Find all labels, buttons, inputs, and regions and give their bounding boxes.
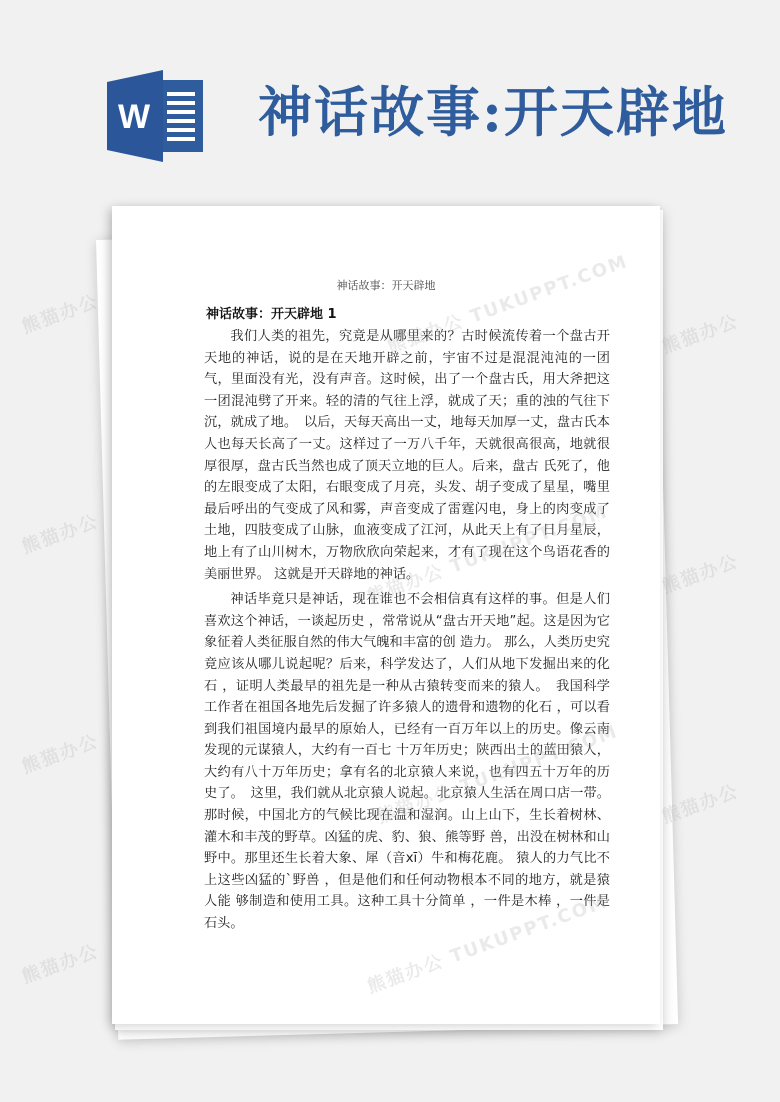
banner-title: 神话故事:开天辟地 xyxy=(258,72,728,152)
watermark: 熊猫办公 xyxy=(18,727,102,779)
running-header: 神话故事：开天辟地 xyxy=(112,277,660,293)
document-heading: 神话故事：开天辟地 1 xyxy=(206,303,337,322)
watermark: 熊猫办公 xyxy=(658,307,742,359)
watermark: 熊猫办公 xyxy=(18,507,102,559)
word-logo-icon: W xyxy=(107,70,207,162)
preview-banner: W 神话故事:开天辟地 xyxy=(0,0,780,200)
watermark: 熊猫办公 xyxy=(658,547,742,599)
document-body: 我们人类的祖先，究竟是从哪里来的？古时候流传着一个盘古开天地的神话，说的是在天地… xyxy=(204,326,610,939)
watermark: 熊猫办公 xyxy=(18,937,102,989)
document-page: 神话故事：开天辟地 神话故事：开天辟地 1 我们人类的祖先，究竟是从哪里来的？古… xyxy=(112,206,660,1024)
svg-text:W: W xyxy=(118,98,151,136)
paragraph: 我们人类的祖先，究竟是从哪里来的？古时候流传着一个盘古开天地的神话，说的是在天地… xyxy=(204,326,610,585)
paragraph: 神话毕竟只是神话，现在谁也不会相信真有这样的事。但是人们喜欢这个神话，一谈起历史… xyxy=(204,589,610,935)
watermark: 熊猫办公 xyxy=(18,287,102,339)
